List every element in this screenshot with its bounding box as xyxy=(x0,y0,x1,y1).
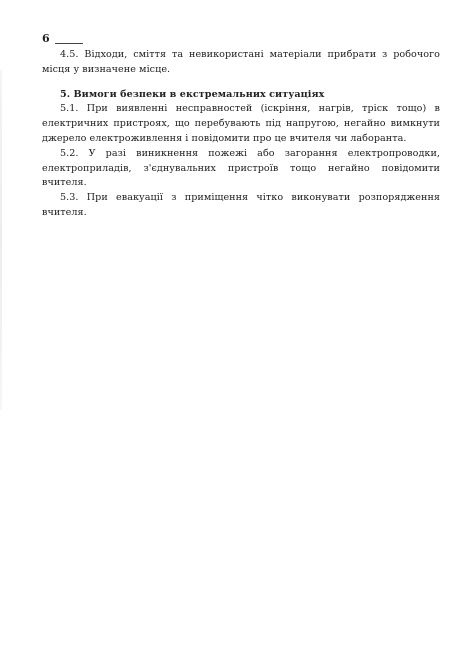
paragraph-5-3: 5.3. При евакуації з приміщення чітко ви… xyxy=(42,191,440,221)
paragraph-4-5: 4.5. Відходи, сміття та невикористані ма… xyxy=(42,48,440,78)
page-number: 6 xyxy=(42,32,50,45)
paragraph-5-1: 5.1. При виявленні несправностей (іскрін… xyxy=(42,102,440,146)
page-number-rule xyxy=(55,43,83,44)
scan-edge-shadow xyxy=(0,70,2,410)
section-5-heading: 5. Вимоги безпеки в екстремальних ситуац… xyxy=(42,88,440,103)
paragraph-5-2: 5.2. У разі виникнення пожежі або загора… xyxy=(42,147,440,191)
document-body: 4.5. Відходи, сміття та невикористані ма… xyxy=(42,48,440,221)
